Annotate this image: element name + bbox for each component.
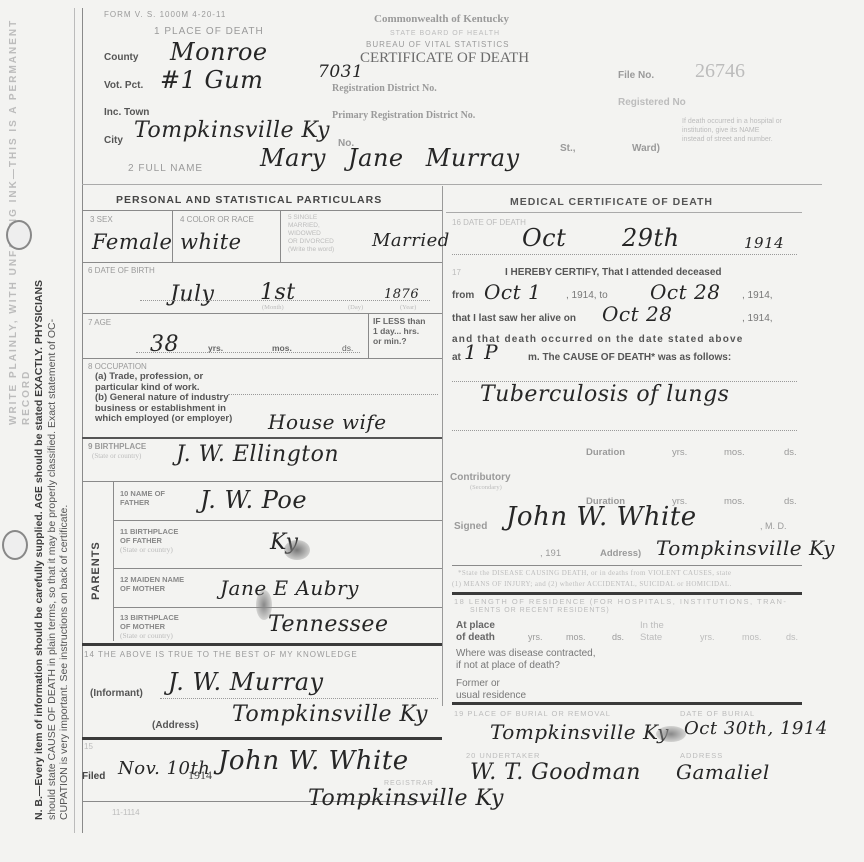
divider: [82, 313, 442, 314]
occupation-value: House wife: [268, 410, 387, 434]
last-saw-label: that I last saw her alive on: [452, 313, 576, 324]
marital-value: Married: [372, 230, 450, 251]
ink-smudge: [284, 540, 310, 560]
dotted-line: [452, 430, 797, 431]
divider: [113, 568, 442, 569]
duration-mos-2: mos.: [724, 496, 745, 507]
father-name-label: 10 NAME OF FATHER: [120, 489, 165, 507]
dob-month-caption: (Month): [262, 304, 284, 311]
res-yrs: yrs.: [528, 632, 543, 642]
label-line: At place: [456, 620, 495, 632]
if-less-line: IF LESS than: [373, 316, 425, 326]
death-day: 29th: [622, 224, 680, 252]
registrar-signature: John W. White: [218, 746, 409, 776]
margin-line-2: N. B.—Every item of information should b…: [33, 5, 46, 845]
divider: [82, 481, 442, 482]
label-line: usual residence: [456, 690, 526, 702]
city-label: City: [104, 135, 123, 146]
occupation-instructions: (a) Trade, profession, or particular kin…: [95, 372, 232, 425]
filed-label: Filed: [82, 771, 105, 782]
header-divider: [82, 184, 822, 185]
marital-label-line: 5 SINGLE: [288, 214, 370, 222]
margin-rule: [74, 8, 75, 833]
informant-label: (Informant): [90, 688, 143, 699]
label-line: OF FATHER: [120, 536, 178, 545]
certificate-title: CERTIFICATE OF DEATH: [360, 50, 529, 67]
certify-number: 17: [452, 268, 461, 277]
mother-bp-label: 13 BIRTHPLACE OF MOTHER (State or countr…: [120, 613, 179, 640]
undertaker-label: 20 UNDERTAKER: [466, 751, 540, 760]
margin-line-4: CUPATION is very important. See instruct…: [58, 5, 71, 845]
dotted-line: [140, 300, 430, 301]
md-label: , M. D.: [760, 521, 787, 531]
margin-line-3: should state CAUSE OF DEATH in plain ter…: [46, 5, 59, 845]
undertaker-address-label: ADDRESS: [680, 751, 723, 760]
age-label: 7 AGE: [88, 318, 111, 327]
inc-town-label: Inc. Town: [104, 107, 149, 118]
certify-statement: I HEREBY CERTIFY, That I attended deceas…: [505, 267, 722, 278]
form-left-border: [82, 8, 83, 833]
signed-label: Signed: [454, 521, 487, 532]
physician-signature: John W. White: [506, 502, 697, 532]
divider: [82, 210, 442, 211]
vot-pct-label: Vot. Pct.: [104, 80, 143, 91]
death-month: Oct: [522, 224, 566, 252]
race-value: white: [180, 230, 242, 254]
parents-divider: [113, 481, 114, 641]
county-label: County: [104, 52, 138, 63]
column-divider: [442, 186, 443, 706]
registrar-address: Tompkinsville Ky: [308, 786, 504, 811]
burial-place-value: Tompkinsville Ky: [490, 720, 669, 744]
sex-label: 3 SEX: [90, 215, 113, 224]
scanned-page: WRITE PLAINLY, WITH UNFADING INK—THIS IS…: [0, 0, 864, 862]
birthplace-caption: (State or country): [92, 452, 141, 460]
contributory-caption: (Secondary): [470, 484, 502, 491]
contracted-label: Where was disease contracted, if not at …: [456, 648, 596, 672]
divider: [113, 520, 442, 521]
informant-value: J. W. Murray: [168, 668, 324, 696]
divider: [82, 737, 442, 740]
full-name-label: 2 FULL NAME: [128, 163, 203, 174]
divider: [368, 313, 369, 358]
margin-line-1: WRITE PLAINLY, WITH UNFADING INK—THIS IS…: [8, 5, 33, 845]
mother-name-label: 12 MAIDEN NAME OF MOTHER: [120, 575, 184, 593]
occ-line: (a) Trade, profession, or: [95, 372, 232, 383]
label-line: Where was disease contracted,: [456, 648, 596, 660]
commonwealth-title: Commonwealth of Kentucky: [374, 13, 509, 25]
at-label: at: [452, 352, 461, 363]
marital-label-line: OR DIVORCED: [288, 238, 370, 246]
former-residence-label: Former or usual residence: [456, 678, 526, 702]
label-line: Former or: [456, 678, 526, 690]
date-of-death-label: 16 DATE OF DEATH: [452, 218, 526, 227]
state-ds: ds.: [786, 632, 798, 642]
margin-instructions: WRITE PLAINLY, WITH UNFADING INK—THIS IS…: [8, 5, 71, 845]
age-years: 38: [150, 332, 179, 357]
footnote-line-2: (1) MEANS OF INJURY; and (2) whether ACC…: [452, 580, 732, 588]
duration-label: Duration: [586, 447, 625, 458]
vot-pct-value: #1 Gum: [160, 66, 263, 94]
label-line: FATHER: [120, 498, 165, 507]
marital-label: 5 SINGLE MARRIED, WIDOWED OR DIVORCED (W…: [288, 214, 370, 254]
burial-date-value: Oct 30th, 1914: [684, 718, 828, 739]
form-number: FORM V. S. 1000M 4-20-11: [104, 10, 226, 19]
from-value: Oct 1: [484, 280, 541, 304]
burial-place-label: 19 PLACE OF BURIAL OR REMOVAL: [454, 709, 611, 718]
punch-hole-top: [6, 220, 32, 250]
occ-line: which employed (or employer): [95, 414, 232, 425]
dob-month: July: [170, 282, 214, 307]
occupation-label: 8 OCCUPATION: [88, 362, 147, 371]
last-saw-year: , 1914,: [742, 313, 773, 324]
dob-label: 6 DATE OF BIRTH: [88, 266, 155, 275]
divider: [172, 210, 173, 262]
divider: [280, 210, 281, 262]
to-year: , 1914,: [742, 290, 773, 301]
residence-title-2: SIENTS OR RECENT RESIDENTS): [470, 607, 610, 614]
at-value: 1 P: [464, 340, 498, 364]
state-yrs: yrs.: [700, 632, 715, 642]
if-less-line: or min.?: [373, 336, 425, 346]
label-line: OF MOTHER: [120, 622, 179, 631]
death-year: 1914: [744, 234, 784, 252]
father-name-value: J. W. Poe: [200, 486, 307, 514]
label-line: if not at place of death?: [456, 660, 596, 672]
birthplace-value: J. W. Ellington: [176, 442, 339, 467]
place-of-death-label: 1 PLACE OF DEATH: [154, 26, 264, 37]
res-mos: mos.: [566, 632, 586, 642]
personal-section-title: PERSONAL AND STATISTICAL PARTICULARS: [116, 194, 382, 206]
physician-address-label: Address): [600, 548, 641, 559]
filed-year: 1914: [188, 768, 212, 783]
dob-day: 1st: [260, 280, 296, 305]
medical-section-title: MEDICAL CERTIFICATE OF DEATH: [510, 196, 713, 208]
cause-value: Tuberculosis of lungs: [480, 382, 729, 407]
filing-number: 15: [84, 742, 93, 751]
district-number-hand: 7031: [318, 62, 363, 82]
duration-ds-2: ds.: [784, 496, 797, 507]
city-value: Tompkinsville Ky: [134, 118, 330, 143]
informant-statement: 14 THE ABOVE IS TRUE TO THE BEST OF MY K…: [84, 650, 358, 659]
divider: [82, 358, 442, 359]
duration-yrs: yrs.: [672, 447, 687, 458]
label-line: 13 BIRTHPLACE: [120, 613, 179, 622]
reg-district-label: Registration District No.: [332, 83, 437, 94]
undertaker-address-value: Gamaliel: [676, 760, 770, 784]
label-line: (State or country): [120, 631, 179, 640]
divider: [113, 607, 442, 608]
marital-label-line: WIDOWED: [288, 230, 370, 238]
at-place-label: At place of death: [456, 620, 495, 644]
certify-text: I HEREBY CERTIFY, That I attended deceas…: [505, 267, 722, 278]
ward-label: Ward): [632, 143, 660, 154]
in-the-label: In the: [640, 620, 664, 631]
label-line: 10 NAME OF: [120, 489, 165, 498]
divider: [452, 592, 802, 595]
dotted-line: [160, 698, 438, 699]
divider: [452, 565, 802, 566]
dob-day-caption: (Day): [348, 304, 363, 311]
label-line: (State or country): [120, 545, 178, 554]
duration-ds: ds.: [784, 447, 797, 458]
informant-address-label: (Address): [152, 720, 199, 731]
dotted-line: [136, 352, 360, 353]
state-label: State: [640, 632, 662, 643]
board-of-health: STATE BOARD OF HEALTH: [390, 30, 500, 37]
divider: [82, 437, 442, 439]
dotted-line: [228, 394, 438, 395]
undertaker-value: W. T. Goodman: [470, 760, 641, 785]
birthplace-label: 9 BIRTHPLACE: [88, 442, 146, 451]
form-code: 11-1114: [112, 808, 140, 817]
marital-label-line: (Write the word): [288, 246, 370, 254]
registered-no-label: Registered No: [618, 97, 686, 108]
age-mos-unit: mos.: [272, 343, 292, 353]
sex-value: Female: [92, 230, 172, 254]
divider: [446, 212, 802, 213]
file-no-label: File No.: [618, 70, 654, 81]
if-less-line: 1 day... hrs.: [373, 326, 425, 336]
label-line: OF MOTHER: [120, 584, 184, 593]
burial-date-label: DATE OF BURIAL: [680, 709, 755, 718]
last-saw-value: Oct 28: [602, 302, 672, 326]
residence-title-1: 18 LENGTH OF RESIDENCE (FOR HOSPITALS, I…: [454, 597, 787, 606]
age-yrs-unit: yrs.: [208, 343, 223, 353]
divider: [82, 262, 442, 263]
label-line: of death: [456, 632, 495, 644]
parents-label: PARENTS: [90, 541, 102, 600]
from-label: from: [452, 290, 474, 301]
dob-year-caption: (Year): [400, 304, 416, 311]
occ-line: (b) General nature of industry: [95, 393, 232, 404]
primary-reg-label: Primary Registration District No.: [332, 110, 475, 121]
footnote-line-1: *State the DISEASE CAUSING DEATH, or in …: [458, 569, 731, 577]
res-ds: ds.: [612, 632, 624, 642]
ink-smudge: [256, 590, 272, 620]
full-name-value: Mary Jane Murray: [260, 144, 520, 172]
contributory-label: Contributory: [450, 472, 511, 483]
punch-hole-bottom: [2, 530, 28, 560]
bureau-label: BUREAU OF VITAL STATISTICS: [366, 40, 510, 49]
divider: [452, 702, 802, 705]
state-mos: mos.: [742, 632, 762, 642]
year-prefix: , 191: [540, 548, 561, 559]
informant-address-value: Tompkinsville Ky: [232, 702, 428, 727]
age-ds-unit: ds.: [342, 343, 353, 353]
if-less-note: IF LESS than 1 day... hrs. or min.?: [373, 316, 425, 346]
dotted-line: [452, 254, 797, 255]
county-value: Monroe: [170, 38, 268, 66]
hospital-note: If death occurred in a hospital or insti…: [682, 117, 782, 144]
cause-text: m. The CAUSE OF DEATH* was as follows:: [528, 352, 731, 363]
duration-mos: mos.: [724, 447, 745, 458]
to-value: Oct 28: [650, 280, 720, 304]
race-label: 4 COLOR OR RACE: [180, 215, 254, 224]
from-year: , 1914, to: [566, 290, 608, 301]
father-bp-label: 11 BIRTHPLACE OF FATHER (State or countr…: [120, 527, 178, 554]
label-line: 12 MAIDEN NAME: [120, 575, 184, 584]
file-no-value: 26746: [695, 60, 745, 83]
label-line: 11 BIRTHPLACE: [120, 527, 178, 536]
mother-bp-value: Tennessee: [268, 612, 388, 637]
marital-label-line: MARRIED,: [288, 222, 370, 230]
mother-name-value: Jane E Aubry: [220, 576, 359, 600]
divider: [82, 643, 442, 646]
ink-smudge: [656, 726, 686, 742]
physician-address-value: Tompkinsville Ky: [656, 536, 835, 560]
street-label: St.,: [560, 143, 576, 154]
